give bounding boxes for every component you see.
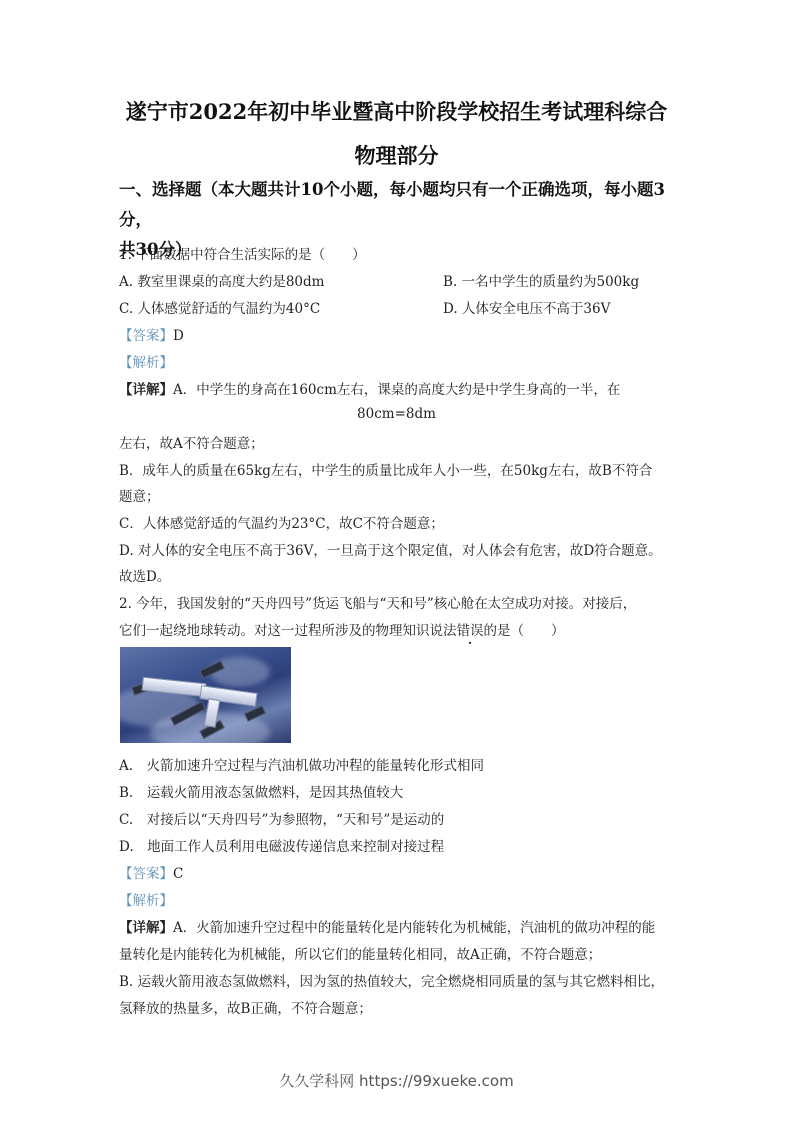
q2-stem-text-end: 的是（ ） [484,623,565,639]
q2-detail-line-3: B. 运载火箭用液态氢做燃料，因为氢的热值较大，完全燃烧相同质量的氢与其它燃料相… [119,970,664,990]
answer-value: C [173,866,183,882]
analysis-tag: 【解析】 [119,893,173,909]
q2-option-b: B. 运载火箭用液态氢做燃料，是因其热值较大 [119,781,403,801]
detail-text: A．火箭加速升空过程中的能量转化是内能转化为机械能，汽油机的做功冲程的能 [173,920,655,936]
q1-detail-line-8: 故选D。 [119,565,170,585]
q1-answer: 【答案】D [119,324,184,344]
q2-stem-line2: 它们一起绕地球转动。对这一过程所涉及的物理知识说法错误的是（ ） [119,619,565,639]
q1-option-b: B. 一名中学生的质量约为500kg [443,270,639,290]
q2-option-d: D. 地面工作人员利用电磁波传递信息来控制对接过程 [119,835,444,855]
q1-stem: 1. 下面数据中符合生活实际的是（ ） [119,243,366,263]
detail-text: A．中学生的身高在160cm左右，课桌的高度大约是中学生身高的一半，在 [173,382,620,398]
q2-option-a: A. 火箭加速升空过程与汽油机做功冲程的能量转化形式相同 [119,754,484,774]
answer-value: D [173,328,184,344]
q1-detail-formula: 80cm=8dm [0,406,793,422]
answer-tag: 【答案】 [119,328,173,344]
q2-detail-line-4: 氢释放的热量多，故B正确，不符合题意； [119,997,372,1017]
q1-detail-line-3: 左右，故A不符合题意； [119,432,264,452]
q1-detail-line-5: 题意； [119,485,160,505]
document-title: 遂宁市2022年初中毕业暨高中阶段学校招生考试理科综合 [0,96,793,126]
q1-analysis: 【解析】 [119,351,173,371]
detail-tag: 【详解】 [119,920,173,936]
q1-option-d: D. 人体安全电压不高于36V [443,297,610,317]
q1-option-a: A. 教室里课桌的高度大约是80dm [119,270,324,290]
q2-stem-line1: 2. 今年，我国发射的“天舟四号”货运飞船与“天和号”核心舱在太空成功对接。对接… [119,592,636,612]
q2-answer: 【答案】C [119,862,183,882]
exam-page: 遂宁市2022年初中毕业暨高中阶段学校招生考试理科综合 物理部分 一、选择题（本… [0,0,793,1122]
emphasis-text: 错误 [457,623,484,639]
q2-detail-line-1: 【详解】A．火箭加速升空过程中的能量转化是内能转化为机械能，汽油机的做功冲程的能 [119,916,655,936]
q2-option-c: C. 对接后以“天舟四号”为参照物，“天和号”是运动的 [119,808,444,828]
q2-stem-text: 它们一起绕地球转动。对这一过程所涉及的物理知识说法 [119,623,457,639]
detail-tag: 【详解】 [119,382,173,398]
q1-detail-line-7: D. 对人体的安全电压不高于36V，一旦高于这个限定值，对人体会有危害，故D符合… [119,539,662,559]
footer-watermark: 久久学科网 https://99xueke.com [0,1070,793,1091]
q1-option-c: C. 人体感觉舒适的气温约为40°C [119,297,320,317]
q1-detail-line-1: 【详解】A．中学生的身高在160cm左右，课桌的高度大约是中学生身高的一半，在 [119,378,620,398]
section-heading-line1: 一、选择题（本大题共计10个小题，每小题均只有一个正确选项，每小题3分， [119,175,679,235]
q2-detail-line-2: 量转化是内能转化为机械能，所以它们的能量转化相同，故A正确，不符合题意； [119,943,601,963]
q1-detail-line-4: B．成年人的质量在65kg左右，中学生的质量比成年人小一些，在50kg左右，故B… [119,459,652,479]
q2-analysis: 【解析】 [119,889,173,909]
q1-detail-line-6: C．人体感觉舒适的气温约为23°C，故C不符合题意； [119,512,444,532]
analysis-tag: 【解析】 [119,355,173,371]
answer-tag: 【答案】 [119,866,173,882]
space-station-image [120,647,291,743]
document-subtitle: 物理部分 [0,140,793,170]
